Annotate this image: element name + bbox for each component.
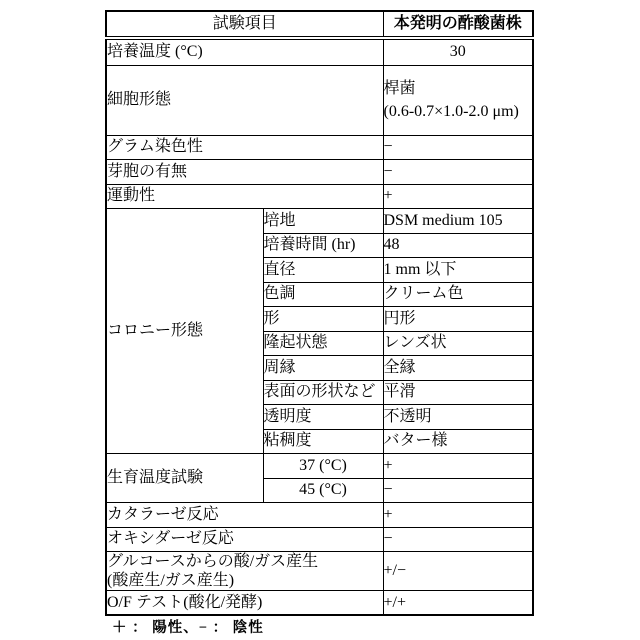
header-test-item: 試験項目 bbox=[106, 11, 383, 38]
catalase-value: + bbox=[383, 503, 533, 528]
oxidase-label: オキシダーゼ反応 bbox=[106, 527, 383, 552]
glucose-value: +/− bbox=[383, 552, 533, 591]
spore-value: − bbox=[383, 160, 533, 185]
colony-item-value: 1 mm 以下 bbox=[383, 258, 533, 283]
oxidase-value: − bbox=[383, 527, 533, 552]
strain-characteristics-table-wrap: 試験項目 本発明の酢酸菌株 培養温度 (°C) 30 細胞形態 桿菌 (0.6-… bbox=[105, 10, 534, 616]
row-cell-morphology: 細胞形態 桿菌 (0.6-0.7×1.0-2.0 μm) bbox=[106, 65, 533, 135]
row-spore: 芽胞の有無 − bbox=[106, 160, 533, 185]
motility-label: 運動性 bbox=[106, 184, 383, 209]
colony-item-name: 周縁 bbox=[263, 356, 383, 381]
colony-item-name: 形 bbox=[263, 307, 383, 332]
colony-item-value: 円形 bbox=[383, 307, 533, 332]
row-culture-temp: 培養温度 (°C) 30 bbox=[106, 38, 533, 65]
colony-item-name: 表面の形状など bbox=[263, 380, 383, 405]
legend-footnote: ＋ ： 陽性、− ： 陰性 bbox=[112, 616, 264, 637]
colony-item-value: 平滑 bbox=[383, 380, 533, 405]
strain-characteristics-table: 試験項目 本発明の酢酸菌株 培養温度 (°C) 30 細胞形態 桿菌 (0.6-… bbox=[105, 10, 534, 616]
colony-item-value: 48 bbox=[383, 233, 533, 258]
row-of-test: O/F テスト(酸化/発酵) +/+ bbox=[106, 591, 533, 616]
glucose-label-line2: (酸産生/ガス産生) bbox=[107, 571, 383, 590]
row-gram-stain: グラム染色性 − bbox=[106, 135, 533, 160]
of-test-label: O/F テスト(酸化/発酵) bbox=[106, 591, 383, 616]
row-motility: 運動性 + bbox=[106, 184, 533, 209]
row-colony-medium: コロニー形態 培地 DSM medium 105 bbox=[106, 209, 533, 234]
colony-item-name: 培地 bbox=[263, 209, 383, 234]
cell-morphology-value-line2: (0.6-0.7×1.0-2.0 μm) bbox=[384, 100, 533, 123]
gram-stain-label: グラム染色性 bbox=[106, 135, 383, 160]
row-glucose: グルコースからの酸/ガス産生 (酸産生/ガス産生) +/− bbox=[106, 552, 533, 591]
colony-item-name: 粘稠度 bbox=[263, 429, 383, 454]
of-test-value: +/+ bbox=[383, 591, 533, 616]
cell-morphology-label: 細胞形態 bbox=[106, 65, 383, 135]
gram-stain-value: − bbox=[383, 135, 533, 160]
growth-temp-item-name: 45 (°C) bbox=[263, 478, 383, 503]
growth-temp-item-value: + bbox=[383, 454, 533, 479]
growth-temp-item-value: − bbox=[383, 478, 533, 503]
motility-value: + bbox=[383, 184, 533, 209]
glucose-label: グルコースからの酸/ガス産生 (酸産生/ガス産生) bbox=[106, 552, 383, 591]
table-header-row: 試験項目 本発明の酢酸菌株 bbox=[106, 11, 533, 38]
colony-item-value: 全縁 bbox=[383, 356, 533, 381]
colony-item-value: 不透明 bbox=[383, 405, 533, 430]
colony-item-name: 色調 bbox=[263, 282, 383, 307]
culture-temp-label: 培養温度 (°C) bbox=[106, 38, 383, 65]
glucose-label-line1: グルコースからの酸/ガス産生 bbox=[107, 552, 383, 571]
colony-item-name: 透明度 bbox=[263, 405, 383, 430]
spore-label: 芽胞の有無 bbox=[106, 160, 383, 185]
header-strain: 本発明の酢酸菌株 bbox=[383, 11, 533, 38]
colony-item-name: 直径 bbox=[263, 258, 383, 283]
growth-temp-section-label: 生育温度試験 bbox=[106, 454, 263, 503]
culture-temp-value: 30 bbox=[383, 38, 533, 65]
row-catalase: カタラーゼ反応 + bbox=[106, 503, 533, 528]
colony-item-name: 培養時間 (hr) bbox=[263, 233, 383, 258]
colony-item-value: バター様 bbox=[383, 429, 533, 454]
colony-item-value: レンズ状 bbox=[383, 331, 533, 356]
patent-table-page: 試験項目 本発明の酢酸菌株 培養温度 (°C) 30 細胞形態 桿菌 (0.6-… bbox=[0, 0, 640, 640]
colony-section-label: コロニー形態 bbox=[106, 209, 263, 454]
row-oxidase: オキシダーゼ反応 − bbox=[106, 527, 533, 552]
catalase-label: カタラーゼ反応 bbox=[106, 503, 383, 528]
colony-item-value: DSM medium 105 bbox=[383, 209, 533, 234]
cell-morphology-value-line1: 桿菌 bbox=[384, 77, 533, 100]
growth-temp-item-name: 37 (°C) bbox=[263, 454, 383, 479]
colony-item-value: クリーム色 bbox=[383, 282, 533, 307]
row-growth-37: 生育温度試験 37 (°C) + bbox=[106, 454, 533, 479]
colony-item-name: 隆起状態 bbox=[263, 331, 383, 356]
cell-morphology-value: 桿菌 (0.6-0.7×1.0-2.0 μm) bbox=[383, 65, 533, 135]
